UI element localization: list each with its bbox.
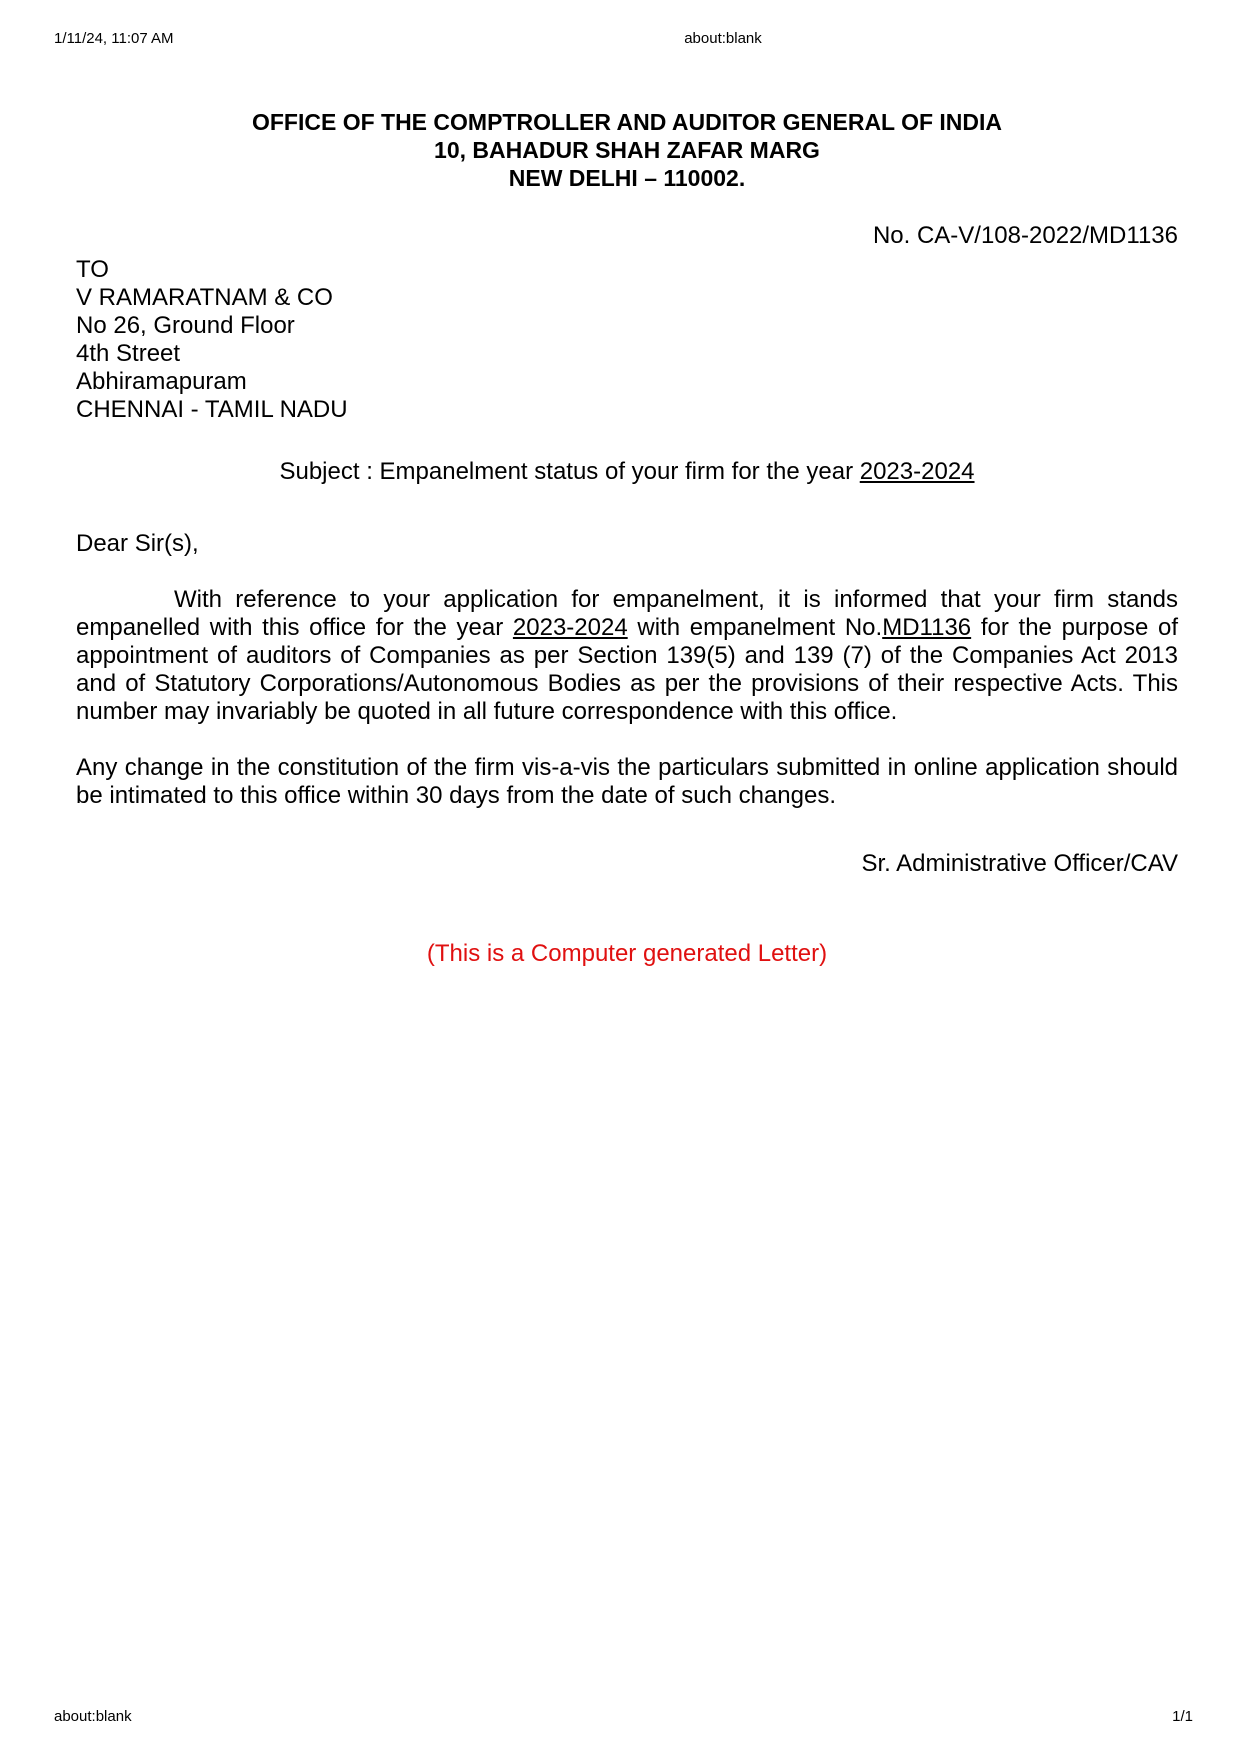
letter: OFFICE OF THE COMPTROLLER AND AUDITOR GE… — [76, 108, 1178, 968]
paragraph-text: with empanelment No. — [628, 614, 883, 641]
subject-text: Subject : Empanelment status of your fir… — [279, 458, 859, 485]
signatory: Sr. Administrative Officer/CAV — [76, 850, 1178, 878]
letterhead-street: 10, BAHADUR SHAH ZAFAR MARG — [76, 136, 1178, 164]
print-page-count: 1/1 — [1172, 1708, 1193, 1725]
salutation: Dear Sir(s), — [76, 530, 1178, 558]
letterhead-city: NEW DELHI – 110002. — [76, 164, 1178, 192]
letterhead: OFFICE OF THE COMPTROLLER AND AUDITOR GE… — [76, 108, 1178, 192]
recipient-address-line: Abhiramapuram — [76, 368, 1178, 396]
empanelment-number: MD1136 — [882, 614, 971, 641]
body-paragraph-2: Any change in the constitution of the fi… — [76, 754, 1178, 810]
print-page-title: about:blank — [0, 30, 1240, 47]
computer-generated-note: (This is a Computer generated Letter) — [76, 940, 1178, 968]
recipient-address: TO V RAMARATNAM & CO No 26, Ground Floor… — [76, 256, 1178, 424]
print-footer-url: about:blank — [54, 1708, 132, 1725]
body-paragraph-1: With reference to your application for e… — [76, 586, 1178, 726]
recipient-address-line: 4th Street — [76, 340, 1178, 368]
recipient-address-line: CHENNAI - TAMIL NADU — [76, 396, 1178, 424]
recipient-name: V RAMARATNAM & CO — [76, 284, 1178, 312]
letterhead-office: OFFICE OF THE COMPTROLLER AND AUDITOR GE… — [76, 108, 1178, 136]
recipient-address-line: No 26, Ground Floor — [76, 312, 1178, 340]
subject-year: 2023-2024 — [860, 458, 975, 485]
reference-number: No. CA-V/108-2022/MD1136 — [76, 222, 1178, 250]
empanelment-year: 2023-2024 — [513, 614, 628, 641]
to-label: TO — [76, 256, 1178, 284]
subject-line: Subject : Empanelment status of your fir… — [76, 458, 1178, 486]
